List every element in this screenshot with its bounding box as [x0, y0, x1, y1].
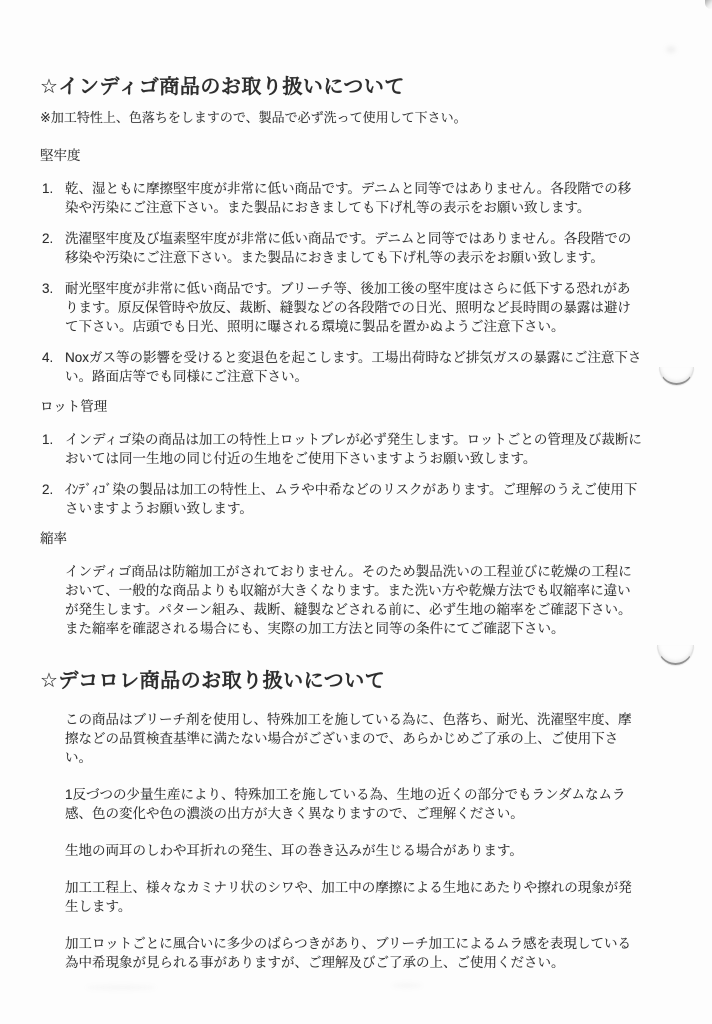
list-item: 1. インディゴ染の商品は加工の特性上ロットブレが必ず発生します。ロットごとの管… — [42, 430, 648, 468]
shrinkage-paragraph: インディゴ商品は防縮加工がされておりません。そのため製品洗いの工程並びに乾燥の工… — [65, 562, 643, 638]
fastness-list: 1. 乾、湿ともに摩擦堅牢度が非常に低い商品です。デニムと同等ではありません。各… — [40, 179, 648, 386]
decolore-paragraph: 1反づつの少量生産により、特殊加工を施している為、生地の近くの部分でもランダムな… — [65, 785, 643, 823]
scan-artifact-smudge — [392, 983, 422, 988]
document-content: ☆インディゴ商品のお取り扱いについて ※加工特性上、色落ちをしますので、製品で必… — [0, 0, 712, 972]
list-item-text: 洗濯堅牢度及び塩素堅牢度が非常に低い商品です。デニムと同等ではありません。各段階… — [65, 229, 643, 267]
list-item: 2. 洗濯堅牢度及び塩素堅牢度が非常に低い商品です。デニムと同等ではありません。… — [42, 229, 648, 267]
list-item-number: 3. — [42, 279, 65, 336]
scan-artifact-smudge — [666, 46, 676, 53]
decolore-paragraph: 生地の両耳のしわや耳折れの発生、耳の巻き込みが生じる場合があります。 — [65, 841, 643, 860]
list-item: 3. 耐光堅牢度が非常に低い商品です。ブリーチ等、後加工後の堅牢度はさらに低下す… — [42, 279, 648, 336]
heading-color-fastness: 堅牢度 — [40, 147, 648, 165]
list-item-number: 2. — [42, 229, 65, 267]
indigo-section-title: ☆インディゴ商品のお取り扱いについて — [40, 74, 648, 100]
list-item-text: ｲﾝﾃﾞｨｺﾞ染の製品は加工の特性上、ムラや中希などのリスクがあります。ご理解の… — [65, 480, 643, 518]
decolore-paragraph: この商品はブリーチ剤を使用し、特殊加工を施している為に、色落ち、耐光、洗濯堅牢度… — [65, 710, 643, 767]
heading-shrinkage: 縮率 — [40, 530, 648, 548]
list-item-number: 4. — [42, 348, 65, 386]
list-item: 1. 乾、湿ともに摩擦堅牢度が非常に低い商品です。デニムと同等ではありません。各… — [42, 179, 648, 217]
scanned-document-page: ☆インディゴ商品のお取り扱いについて ※加工特性上、色落ちをしますので、製品で必… — [0, 0, 712, 1024]
heading-lot-management: ロット管理 — [40, 398, 648, 416]
indigo-caution-note: ※加工特性上、色落ちをしますので、製品で必ず洗って使用して下さい。 — [40, 109, 648, 127]
decolore-paragraph: 加工工程上、様々なカミナリ状のシワや、加工中の摩擦による生地にあたりや擦れの現象… — [65, 878, 643, 916]
list-item-text: インディゴ染の商品は加工の特性上ロットブレが必ず発生します。ロットごとの管理及び… — [65, 430, 643, 468]
list-item-text: 乾、湿ともに摩擦堅牢度が非常に低い商品です。デニムと同等ではありません。各段階で… — [65, 179, 643, 217]
lot-list: 1. インディゴ染の商品は加工の特性上ロットブレが必ず発生します。ロットごとの管… — [40, 430, 648, 518]
decolore-section-title: ☆デコロレ商品のお取り扱いについて — [40, 668, 648, 694]
list-item-number: 2. — [42, 480, 65, 518]
decolore-paragraph: 加工ロットごとに風合いに多少のばらつきがあり、ブリーチ加工によるムラ感を表現して… — [65, 934, 643, 972]
list-item: 4. Noxガス等の影響を受けると変退色を起こします。工場出荷時など排気ガスの暴… — [42, 348, 648, 386]
list-item-text: 耐光堅牢度が非常に低い商品です。ブリーチ等、後加工後の堅牢度はさらに低下する恐れ… — [65, 279, 643, 336]
list-item-text: Noxガス等の影響を受けると変退色を起こします。工場出荷時など排気ガスの暴露にご… — [65, 348, 643, 386]
list-item: 2. ｲﾝﾃﾞｨｺﾞ染の製品は加工の特性上、ムラや中希などのリスクがあります。ご… — [42, 480, 648, 518]
scan-artifact-smudge — [86, 985, 156, 990]
list-item-number: 1. — [42, 179, 65, 217]
list-item-number: 1. — [42, 430, 65, 468]
